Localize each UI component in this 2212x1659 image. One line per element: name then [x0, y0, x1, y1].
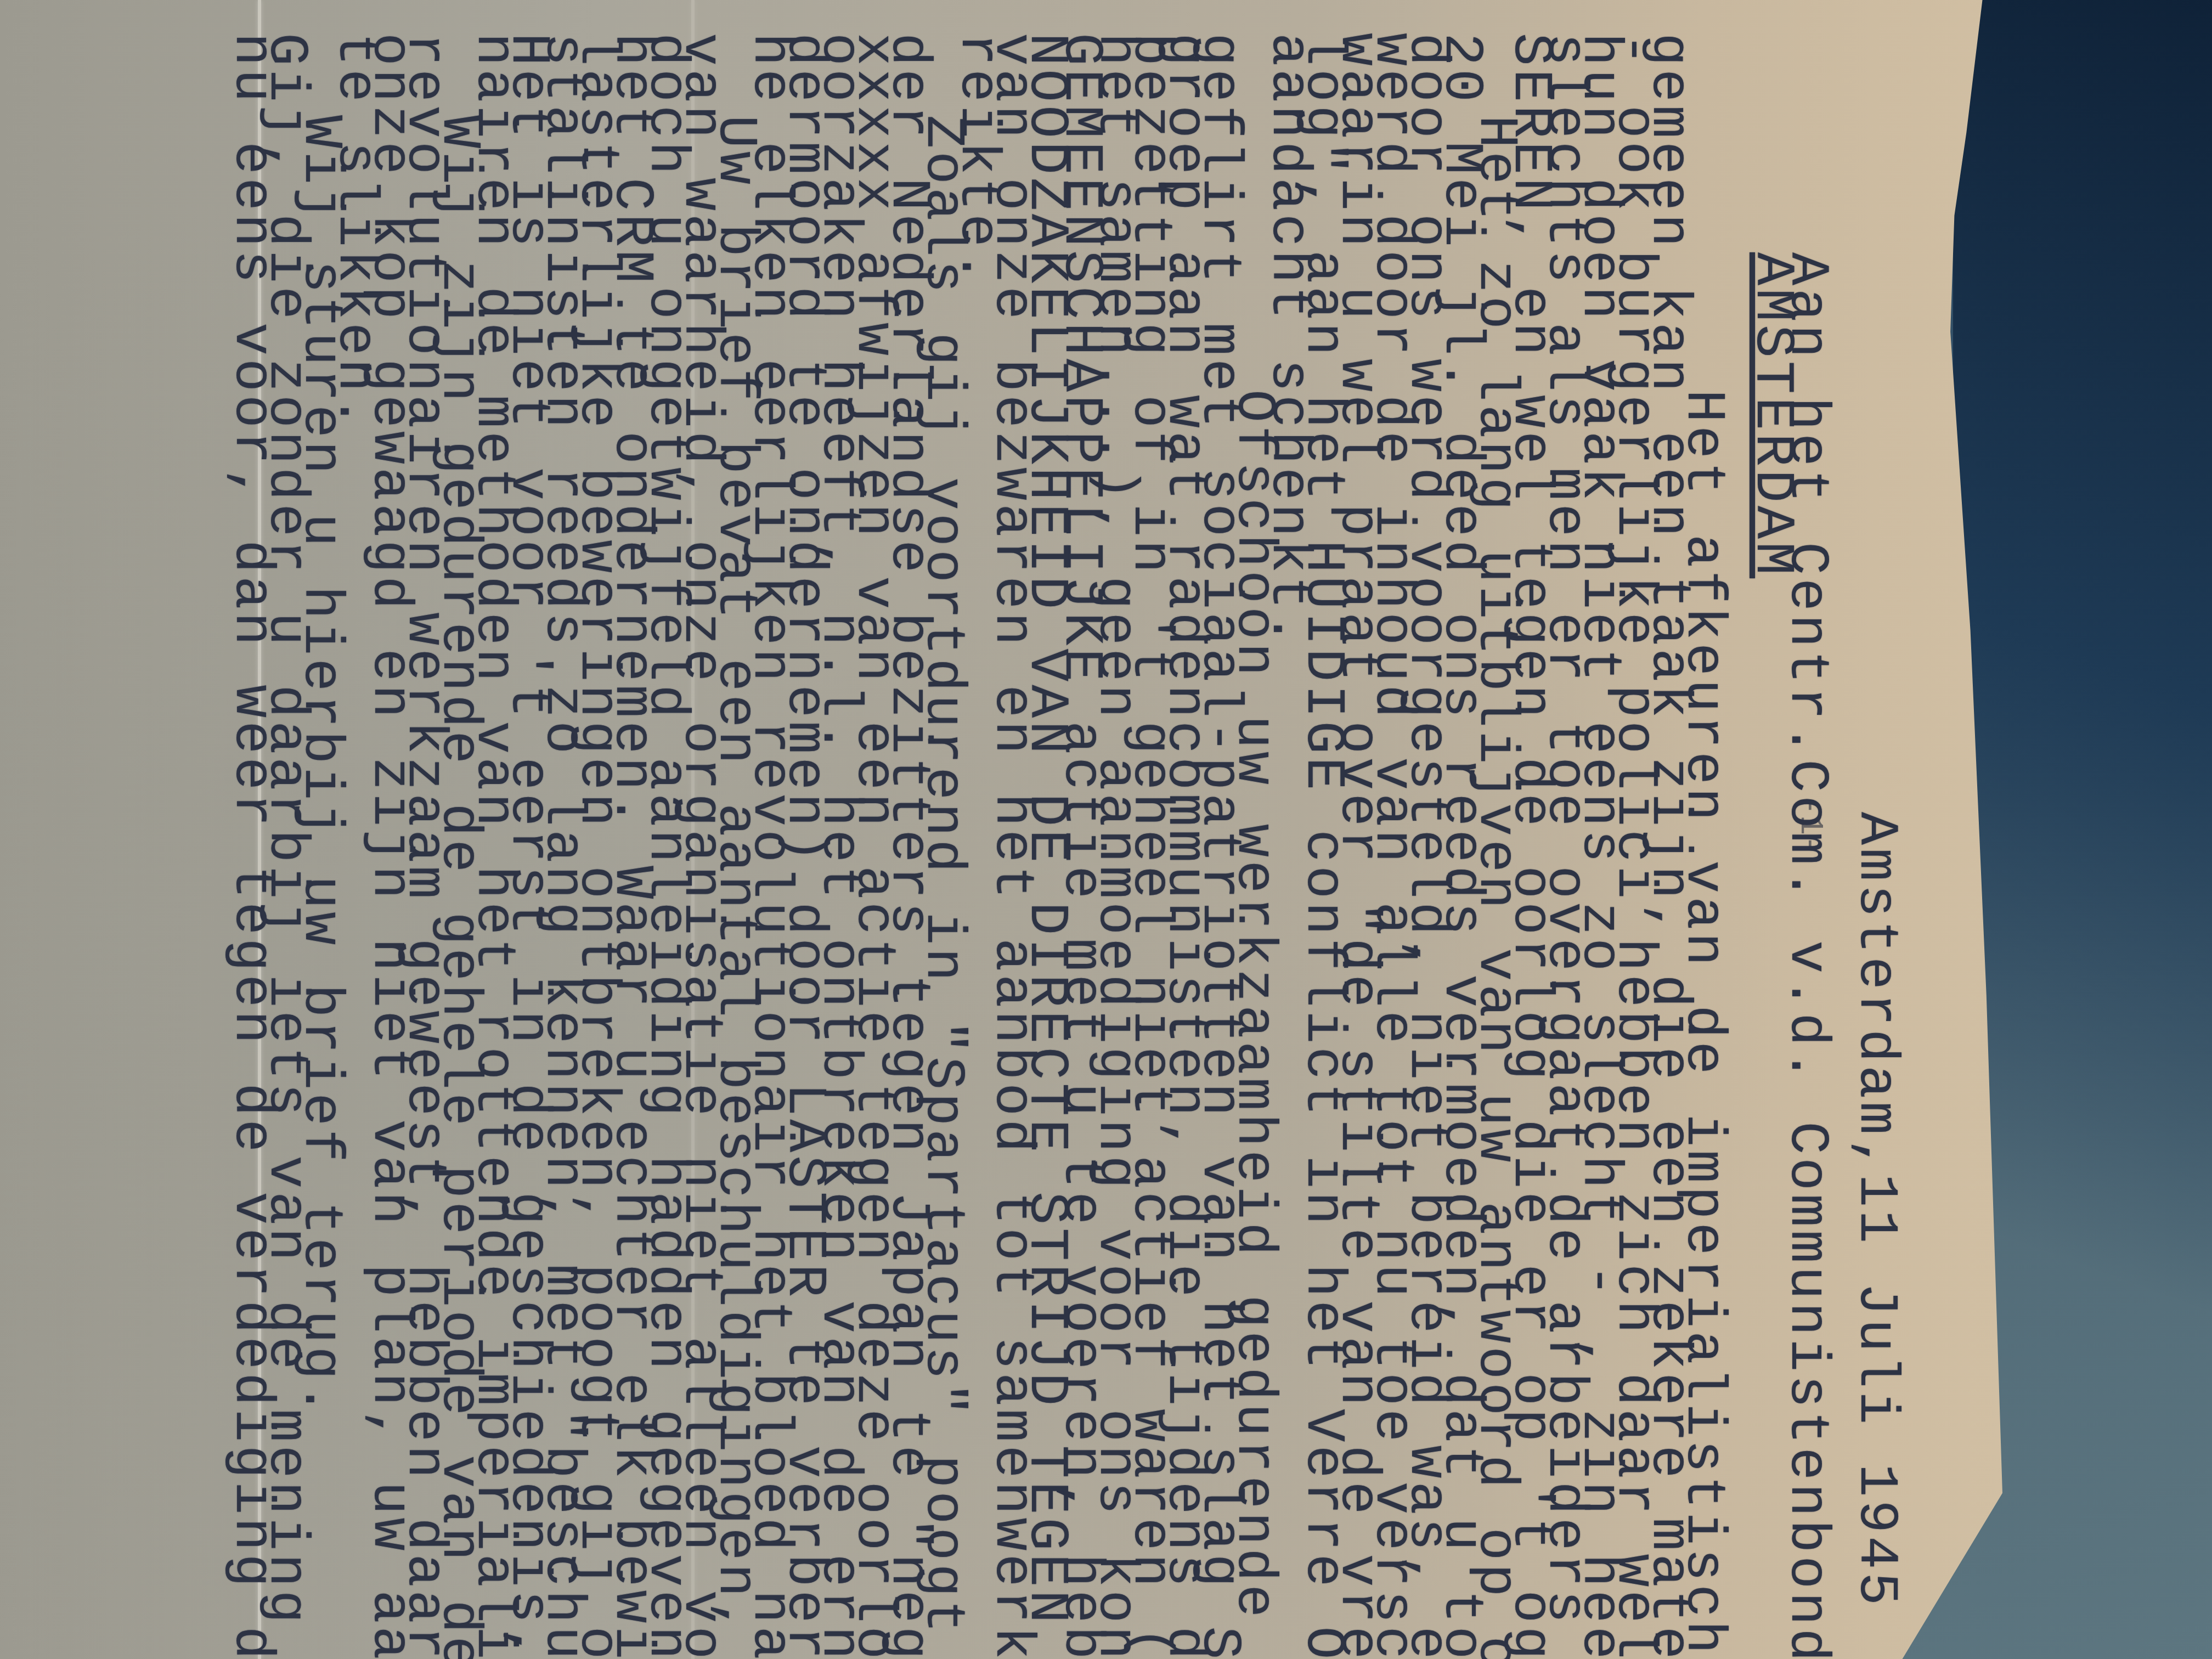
paragraph: Het afkeuren van de imperialistische oor… — [1513, 33, 1720, 1624]
letter-body: Amsterdam,11 Juli 1945 Aan het Centr.Com… — [234, 33, 1893, 1624]
paragraph: Het zo lang uitblijven van uw antwoord o… — [1271, 33, 1513, 1624]
paragraph: Uw brief bevat een aantal beschuldiginge… — [476, 33, 752, 1624]
paragraph: Ofschoon uw werkzaamheid gedurende de la… — [960, 33, 1271, 1624]
text-line: nu eens voor, dan weer tegen de verdedig… — [234, 33, 268, 1624]
paragraph: Wij zijn gedurende de gehele periode van… — [337, 33, 476, 1624]
paragraph: Wij sturen u hierbij uw brief terug.Gij,… — [234, 33, 337, 1624]
letter-date: Amsterdam,11 Juli 1945 — [1858, 33, 1893, 1624]
paragraph: Zoals gij voortdurend in "Spartacus" poo… — [752, 33, 960, 1624]
letter-paragraphs: Het afkeuren van de imperialistische oor… — [234, 33, 1720, 1624]
typewritten-letter-page: -1- Amsterdam,11 Juli 1945 Aan het Centr… — [0, 0, 2002, 1659]
